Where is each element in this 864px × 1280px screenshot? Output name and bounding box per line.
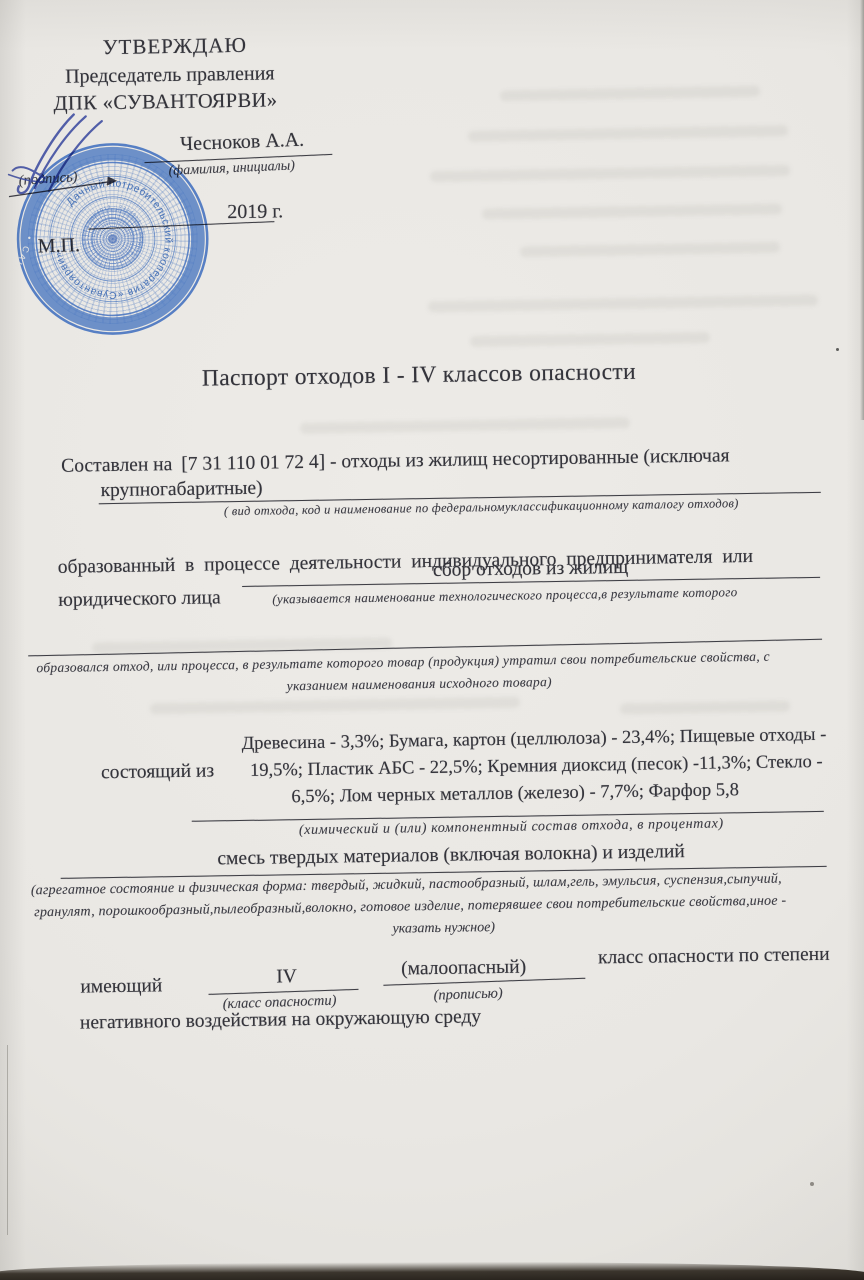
origin-caption-1: (указывается наименование технологическо… (272, 584, 737, 607)
round-stamp: • САНКТ-ПЕТЕРБУРГ • САНКТ-ПЕТЕРБУРГ • Да… (5, 131, 221, 347)
waste-type-value-line1: [7 31 110 01 72 4] - отходы из жилищ нес… (181, 445, 730, 475)
origin-process-value: сбор отходов из жилищ (433, 557, 629, 582)
composition-line-1: Древесина - 3,3%; Бумага, картон (целлюл… (241, 725, 826, 755)
stamp-rings: • САНКТ-ПЕТЕРБУРГ • САНКТ-ПЕТЕРБУРГ • Да… (5, 131, 221, 347)
origin-label2: юридического лица (58, 587, 221, 612)
paper-crease (7, 1045, 8, 1235)
composition-line-2: 19,5%; Пластик АБС - 22,5%; Кремния диок… (250, 752, 823, 782)
physical-form-caption-2: гранулят, порошкообразный,пылеобразный,в… (34, 893, 786, 921)
composition-label: состоящий из (101, 760, 214, 784)
hazard-label: имеющий (80, 975, 162, 998)
waste-type-value-line2: крупногабаритные) (100, 478, 262, 503)
stamp-org-ring-text: Дачный потребительский кооператив «Суван… (49, 172, 180, 306)
page-content: УТВЕРЖДАЮ Председатель правления ДПК «СУ… (0, 0, 864, 1280)
doc-title: Паспорт отходов I - IV классов опасности (202, 359, 637, 393)
hazard-tail-1: класс опасности по степени (598, 944, 830, 970)
chairman-title-line: Председатель правления (65, 62, 275, 88)
scanned-document-page: УТВЕРЖДАЮ Председатель правления ДПК «СУ… (0, 0, 864, 1280)
waste-type-label: Составлен на (61, 454, 172, 477)
origin-line1: образованный в процессе деятельности инд… (58, 546, 754, 579)
approve-word: УТВЕРЖДАЮ (102, 33, 247, 60)
hazard-word-value: (малоопасный) (401, 957, 526, 981)
hazard-word-caption: (прописью) (433, 985, 503, 1004)
hazard-tail-2: негативного воздействия на окружающую ср… (80, 1006, 481, 1034)
svg-text:Дачный потребительский коопера: Дачный потребительский кооператив «Суван… (49, 172, 180, 306)
physical-form-value: смесь твердых материалов (включая волокн… (217, 841, 685, 870)
composition-line-3: 6,5%; Лом черных металлов (железо) - 7,7… (291, 780, 739, 808)
dust-speck (836, 348, 839, 351)
dust-speck (810, 1182, 814, 1186)
waste-type-line: Составлен на[7 31 110 01 72 4] - отходы … (61, 445, 730, 477)
physical-form-caption-3: указать нужное) (392, 920, 495, 938)
composition-caption: (химический и (или) компонентный состав … (299, 816, 724, 839)
origin-caption-3: указанием наименования исходного товара) (287, 674, 552, 694)
page-edge-shadow (860, 0, 864, 420)
hazard-class-value: IV (276, 966, 297, 988)
year-value: 2019 г. (227, 200, 283, 224)
